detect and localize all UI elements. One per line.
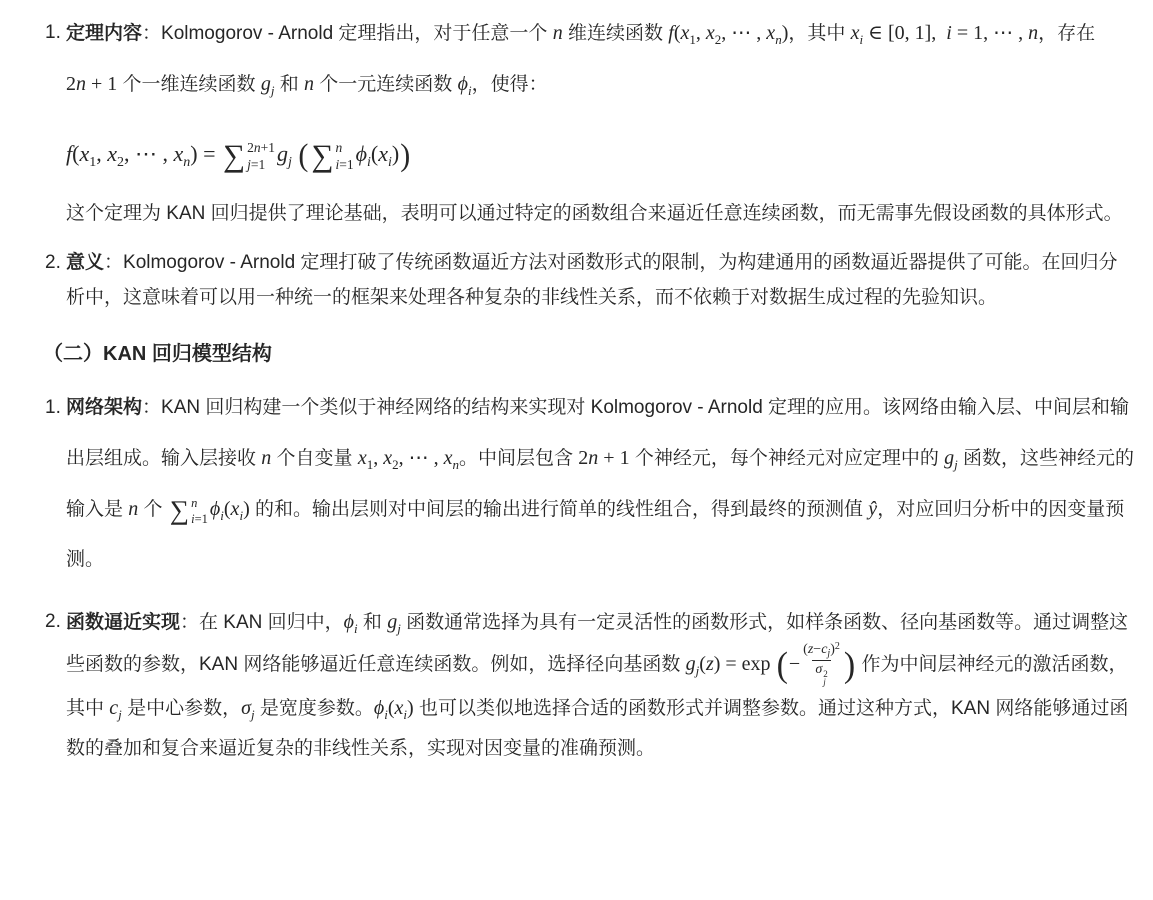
math-token: x2: [107, 141, 124, 166]
sum-upper-limit: n: [191, 497, 197, 509]
math-token: x1: [79, 141, 96, 166]
math-variable: x: [706, 22, 715, 44]
math-token: gj: [944, 447, 958, 469]
math-token: ϕi: [356, 141, 371, 166]
sum-limits: ni=1: [335, 141, 353, 171]
math-italic-char: j: [823, 677, 826, 687]
math-italic-char: n: [254, 140, 261, 155]
math-token: xi: [395, 697, 408, 719]
math-variable: ϕ: [344, 611, 354, 633]
math-run: ϕi: [458, 73, 472, 95]
math-token: n: [553, 22, 563, 44]
math-variable: σ: [241, 697, 251, 719]
sum-limits: 2n+1j=1: [247, 141, 275, 171]
math-variable: x: [383, 447, 392, 469]
math-operator: (: [388, 697, 395, 719]
math-operator: ): [243, 498, 250, 520]
text-run: ：在 KAN 回归中，: [180, 612, 344, 633]
math-token: ): [243, 498, 250, 520]
math-variable: σ: [815, 662, 822, 677]
fraction-numerator: (z−cj)2: [803, 641, 840, 660]
math-sub: 2: [117, 155, 124, 170]
math-italic-char: n: [191, 496, 197, 510]
text-run: 是中心参数，: [122, 698, 241, 719]
math-run: cj: [109, 697, 122, 719]
math-operator: −: [789, 653, 800, 675]
math-variable: x: [173, 141, 183, 166]
math-run: n: [261, 447, 271, 469]
math-token: −: [789, 653, 800, 675]
bold-text: 网络架构: [66, 397, 142, 418]
math-operator: ∈ [0, 1]: [863, 22, 931, 44]
math-token: ) =: [190, 141, 221, 166]
math-italic-char: j: [247, 157, 251, 172]
math-token: ): [407, 697, 414, 719]
math-variable: n: [553, 22, 563, 44]
paragraph-meaning: 意义：Kolmogorov - Arnold 定理打破了传统函数逼近方法对函数形…: [66, 245, 1135, 315]
math-token: , ⋯ ,: [721, 22, 766, 44]
math-token: x1: [681, 22, 696, 44]
text-run: 个: [138, 499, 168, 520]
network-architecture-list-item: 1. 网络架构：KAN 回归构建一个类似于神经网络的结构来实现对 Kolmogo…: [24, 383, 1135, 585]
list-item-body: 函数逼近实现：在 KAN 回归中，ϕi 和 gj 函数通常选择为具有一定灵活性的…: [66, 602, 1135, 769]
bold-text: 意义: [66, 252, 104, 273]
math-run: n: [553, 22, 563, 44]
math-run: gj: [944, 447, 958, 469]
math-token: xi: [378, 141, 392, 166]
math-operator: (: [674, 22, 681, 44]
math-token: , ⋯ ,: [399, 447, 444, 469]
math-operator: + 1: [86, 73, 117, 95]
math-token: σ2j: [815, 662, 827, 677]
math-token: x1: [358, 447, 373, 469]
math-italic-char: n: [335, 140, 342, 155]
math-token: x2: [706, 22, 721, 44]
math-operator: , ⋯ ,: [721, 22, 766, 44]
math-operator: , ⋯ ,: [124, 141, 174, 166]
formula-kolmogorov-arnold: f(x1, x2, ⋯ , xn) = ∑2n+1j=1gj (∑ni=1ϕi(…: [66, 136, 1135, 171]
math-run: xi ∈ [0, 1], i = 1, ⋯ , n: [851, 22, 1038, 44]
sum-lower-limit: j=1: [247, 158, 265, 171]
math-token: (: [388, 697, 395, 719]
math-token: gj: [686, 653, 700, 675]
list-marker: 2.: [45, 602, 61, 642]
math-operator: ): [407, 697, 414, 719]
math-token: 2: [66, 73, 76, 95]
math-variable: x: [851, 22, 860, 44]
fraction-denominator: σ2j: [812, 660, 830, 686]
math-token: ,: [373, 447, 383, 469]
text-run: ，存在: [1038, 23, 1100, 44]
text-run: 和: [358, 612, 388, 633]
math-operator: ) = exp: [714, 653, 776, 675]
math-run: ϕi: [344, 611, 358, 633]
list-marker: 2.: [45, 245, 61, 280]
math-variable: ϕ: [210, 498, 220, 520]
math-run: ∑ni=1ϕi(xi): [168, 498, 250, 520]
math-variable: n: [76, 73, 86, 95]
text-run: ：Kolmogorov - Arnold 定理打破了传统函数逼近方法对函数形式的…: [66, 252, 1117, 308]
bold-text: 函数逼近实现: [66, 612, 180, 633]
math-variable: z: [706, 653, 714, 675]
text-run: 个神经元，每个神经元对应定理中的: [630, 448, 945, 469]
text-run: 是宽度参数。: [255, 698, 374, 719]
big-paren: (: [777, 650, 788, 682]
math-run: n: [128, 498, 138, 520]
math-variable: g: [387, 611, 397, 633]
bold-text: 定理内容: [66, 23, 142, 44]
math-operator: ): [392, 141, 399, 166]
math-token: ,: [96, 141, 107, 166]
sum-limits: ni=1: [191, 497, 208, 525]
math-operator: 2: [578, 447, 588, 469]
math-token: x2: [383, 447, 398, 469]
math-operator: (: [224, 498, 231, 520]
math-token: + 1: [598, 447, 629, 469]
math-variable: x: [358, 447, 367, 469]
math-variable: c: [109, 697, 118, 719]
text-run: ，使得：: [472, 74, 548, 95]
math-variable: g: [277, 141, 288, 166]
big-paren: ): [844, 650, 855, 682]
math-run: σj: [241, 697, 255, 719]
math-operator: [292, 141, 298, 166]
paragraph-theorem-statement: 定理内容：Kolmogorov - Arnold 定理指出，对于任意一个 n 维…: [66, 8, 1135, 110]
text-run: 和: [274, 74, 304, 95]
list-item-body: 定理内容：Kolmogorov - Arnold 定理指出，对于任意一个 n 维…: [66, 8, 1135, 228]
text-run: 维连续函数: [563, 23, 669, 44]
math-token: (: [699, 653, 706, 675]
math-token: ϕi: [458, 73, 472, 95]
math-token: n: [261, 447, 271, 469]
math-operator: = 1, ⋯ ,: [952, 22, 1028, 44]
paragraph-theorem-basis: 这个定理为 KAN 回归提供了理论基础，表明可以通过特定的函数组合来逼近任意连续…: [66, 199, 1135, 228]
math-variable: ϕ: [356, 141, 367, 166]
math-variable: ϕ: [458, 73, 468, 95]
math-run: gj(z) = exp (−(z−cj)2σ2j): [686, 653, 857, 675]
math-token: z: [706, 653, 714, 675]
theorem-content-list-item: 1. 定理内容：Kolmogorov - Arnold 定理指出，对于任意一个 …: [24, 8, 1135, 228]
math-operator: 2: [66, 73, 76, 95]
text-run: （二）KAN 回归模型结构: [43, 343, 272, 365]
math-operator: , ⋯ ,: [399, 447, 444, 469]
math-variable: x: [378, 141, 388, 166]
math-token: ): [392, 141, 399, 166]
math-token: gj: [261, 73, 275, 95]
math-variable: ŷ: [868, 498, 877, 520]
math-token: n: [304, 73, 314, 95]
math-variable: g: [944, 447, 954, 469]
sigma-symbol: ∑: [311, 140, 333, 171]
text-run: ：Kolmogorov - Arnold 定理指出，对于任意一个: [142, 23, 553, 44]
function-approximation-list-item: 2. 函数逼近实现：在 KAN 回归中，ϕi 和 gj 函数通常选择为具有一定灵…: [24, 602, 1135, 769]
math-token: + 1: [86, 73, 117, 95]
math-token: n: [128, 498, 138, 520]
math-token: (: [224, 498, 231, 520]
math-token: ŷ: [868, 498, 877, 520]
math-italic-char: i: [335, 157, 339, 172]
math-token: xn: [173, 141, 190, 166]
math-variable: g: [686, 653, 696, 675]
math-token: n: [588, 447, 598, 469]
paragraph-network-architecture: 网络架构：KAN 回归构建一个类似于神经网络的结构来实现对 Kolmogorov…: [66, 383, 1135, 585]
sum-upper-limit: 2n+1: [247, 141, 275, 154]
math-token: (: [674, 22, 681, 44]
math-variable: n: [261, 447, 271, 469]
big-paren: (: [298, 142, 308, 171]
sigma-symbol: ∑: [223, 140, 245, 171]
math-run: 2n + 1: [578, 447, 629, 469]
math-token: cj: [109, 697, 122, 719]
math-operator: ,: [696, 22, 706, 44]
summation: ∑ni=1: [311, 140, 353, 171]
math-token: n: [76, 73, 86, 95]
math-run: gj: [387, 611, 401, 633]
list-item-body: 网络架构：KAN 回归构建一个类似于神经网络的结构来实现对 Kolmogorov…: [66, 383, 1135, 585]
math-variable: x: [79, 141, 89, 166]
math-variable: n: [1028, 22, 1038, 44]
sum-lower-limit: i=1: [191, 513, 208, 525]
math-token: xn: [766, 22, 781, 44]
section-heading-kan-structure: （二）KAN 回归模型结构: [43, 341, 1135, 367]
math-variable: n: [588, 447, 598, 469]
math-variable: x: [444, 447, 453, 469]
math-run: n: [304, 73, 314, 95]
math-run: f(x1, x2, ⋯ , xn) = ∑2n+1j=1gj (∑ni=1ϕi(…: [66, 141, 411, 166]
math-run: gj: [261, 73, 275, 95]
fraction: (z−cj)2σ2j: [803, 641, 840, 686]
summation: ∑ni=1: [170, 497, 208, 525]
math-operator: (: [699, 653, 706, 675]
text-run: 。中间层包含: [459, 448, 578, 469]
math-sup: 2: [835, 641, 840, 652]
math-operator: ,: [931, 22, 946, 44]
math-token: [292, 141, 298, 166]
paragraph-function-approximation: 函数逼近实现：在 KAN 回归中，ϕi 和 gj 函数通常选择为具有一定灵活性的…: [66, 602, 1135, 769]
math-operator: + 1: [598, 447, 629, 469]
text-run: 个自变量: [271, 448, 358, 469]
math-variable: n: [304, 73, 314, 95]
sum-lower-limit: i=1: [335, 158, 353, 171]
math-token: ,: [696, 22, 706, 44]
text-run: 个一维连续函数: [117, 74, 261, 95]
math-run: ϕi(xi): [374, 697, 414, 719]
math-run: f(x1, x2, ⋯ , xn): [668, 22, 788, 44]
math-token: xn: [444, 447, 459, 469]
math-token: ϕi: [344, 611, 358, 633]
math-variable: x: [107, 141, 117, 166]
summation: ∑2n+1j=1: [223, 140, 275, 171]
text-run: 个一元连续函数: [314, 74, 458, 95]
math-run: 2n + 1: [66, 73, 117, 95]
list-marker: 1.: [45, 383, 61, 433]
math-sub: j: [823, 678, 826, 686]
math-token: 2: [578, 447, 588, 469]
math-token: gj: [387, 611, 401, 633]
math-token: xi: [851, 22, 864, 44]
math-supsub: 2j: [823, 670, 828, 686]
math-token: ,: [931, 22, 946, 44]
sigma-symbol: ∑: [170, 497, 189, 524]
math-token: ∈ [0, 1]: [863, 22, 931, 44]
math-run: ŷ: [868, 498, 877, 520]
math-token: ϕi: [374, 697, 388, 719]
math-token: cj: [821, 642, 830, 657]
math-token: )2: [830, 642, 840, 657]
document-page: 1. 定理内容：Kolmogorov - Arnold 定理指出，对于任意一个 …: [0, 0, 1153, 769]
math-operator: ,: [373, 447, 383, 469]
math-token: gj: [277, 141, 292, 166]
math-operator: ) =: [190, 141, 221, 166]
math-operator: ,: [96, 141, 107, 166]
meaning-list-item: 2. 意义：Kolmogorov - Arnold 定理打破了传统函数逼近方法对…: [24, 245, 1135, 315]
math-run: x1, x2, ⋯ , xn: [358, 447, 459, 469]
math-variable: n: [128, 498, 138, 520]
big-paren: ): [400, 142, 410, 171]
list-marker: 1.: [45, 8, 61, 58]
math-token: , ⋯ ,: [124, 141, 174, 166]
math-variable: ϕ: [374, 697, 384, 719]
sum-upper-limit: n: [335, 141, 342, 154]
math-variable: g: [261, 73, 271, 95]
math-token: xi: [231, 498, 244, 520]
math-token: = 1, ⋯ ,: [952, 22, 1028, 44]
math-token: ϕi: [210, 498, 224, 520]
math-token: σj: [241, 697, 255, 719]
math-italic-char: i: [191, 512, 194, 526]
list-item-body: 意义：Kolmogorov - Arnold 定理打破了传统函数逼近方法对函数形…: [66, 245, 1135, 315]
math-variable: x: [766, 22, 775, 44]
text-run: ，其中: [788, 23, 850, 44]
math-token: ) = exp: [714, 653, 776, 675]
text-run: 这个定理为 KAN 回归提供了理论基础，表明可以通过特定的函数组合来逼近任意连续…: [66, 203, 1123, 224]
text-run: 的和。输出层则对中间层的输出进行简单的线性组合，得到最终的预测值: [250, 499, 869, 520]
math-token: n: [1028, 22, 1038, 44]
